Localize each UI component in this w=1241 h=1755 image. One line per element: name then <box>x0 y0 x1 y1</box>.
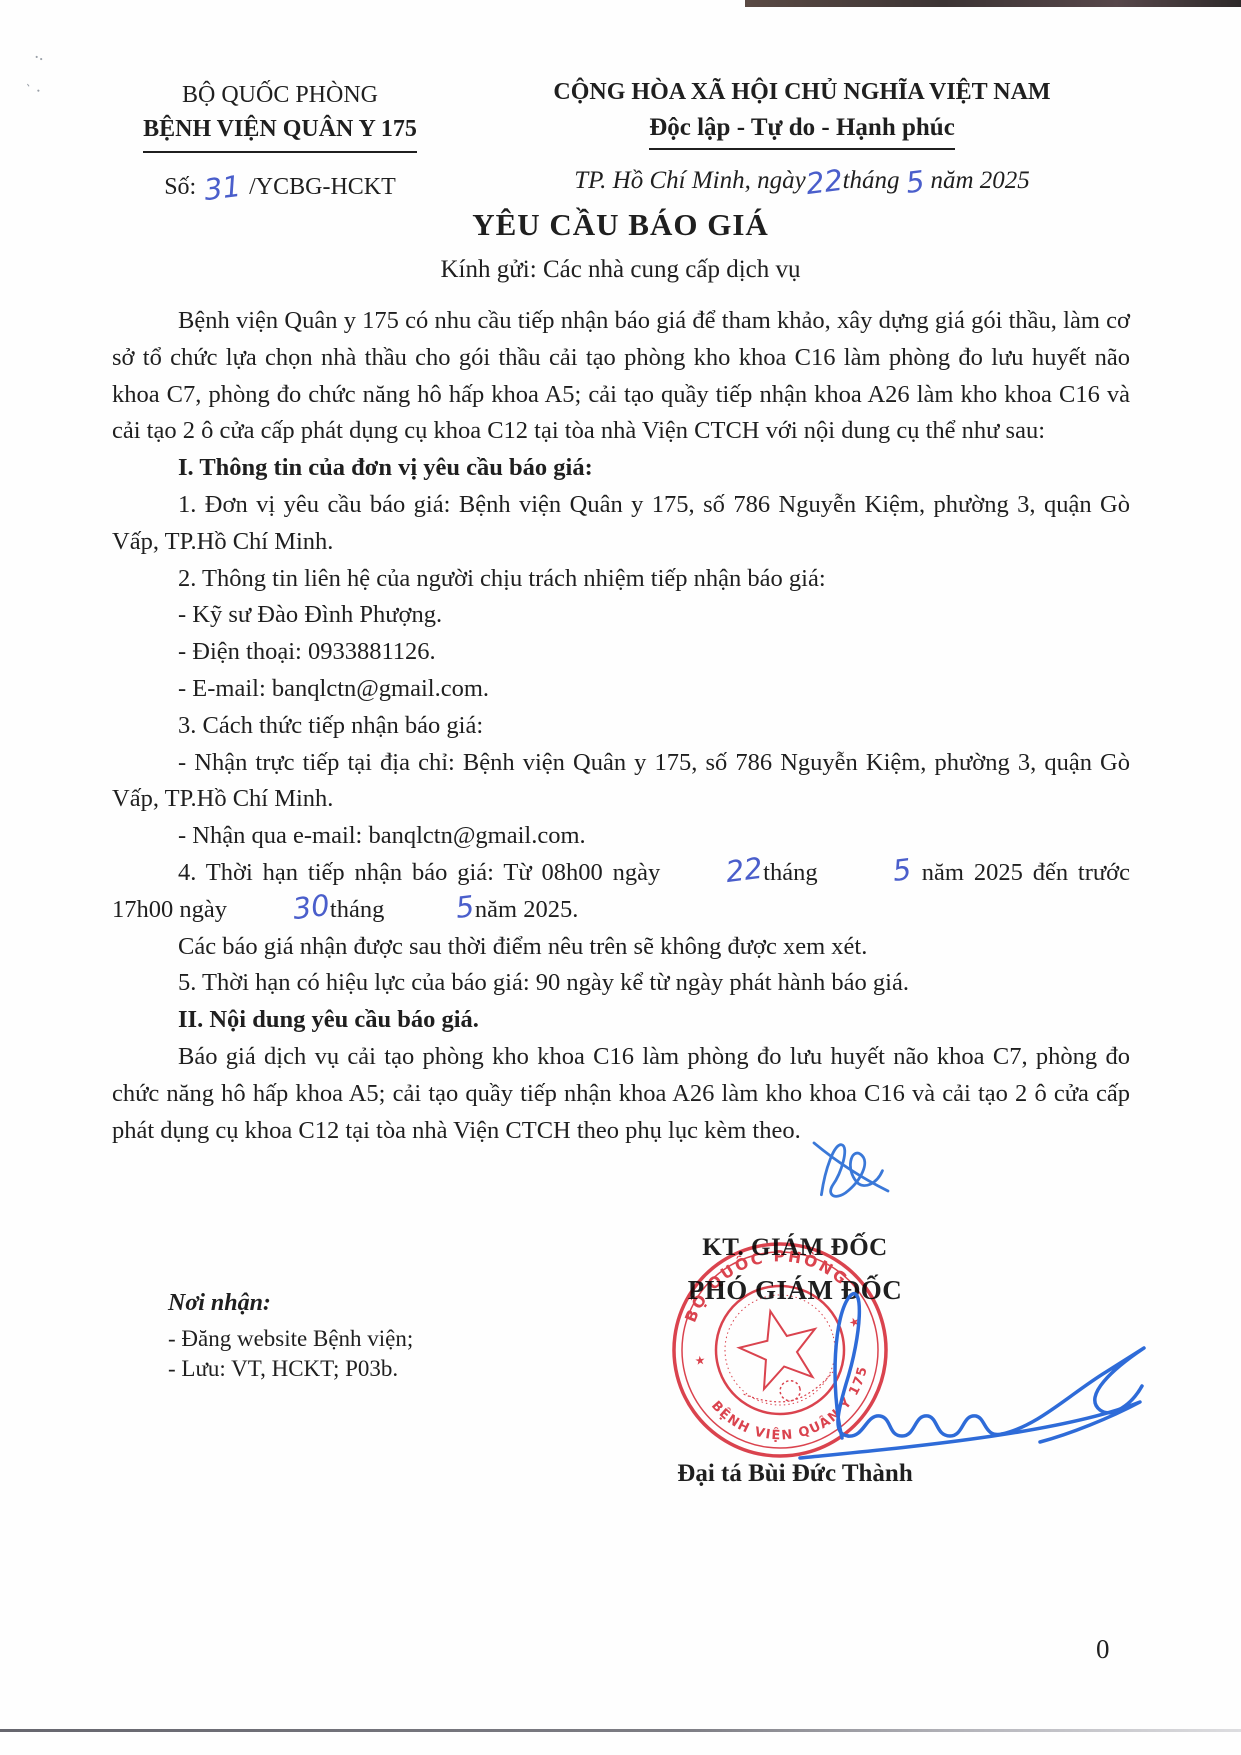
handwritten-month: 5 <box>906 181 924 183</box>
handwritten-initial-mark <box>803 1130 899 1204</box>
contact-phone: - Điện thoại: 0933881126. <box>112 634 1130 671</box>
deadline-text: 4. Thời hạn tiếp nhận báo giá: Từ 08h00 … <box>178 859 660 886</box>
handwritten-end-day: 30 <box>227 904 329 917</box>
receive-direct: - Nhận trực tiếp tại địa chỉ: Bệnh viện … <box>112 745 1130 819</box>
document-number-line: Số: 31 /YCBG-HCKT <box>120 170 440 204</box>
item-1: 1. Đơn vị yêu cầu báo giá: Bệnh viện Quâ… <box>112 487 1130 561</box>
final-paragraph-text: Báo giá dịch vụ cải tạo phòng kho khoa C… <box>112 1043 1130 1144</box>
section-1-heading: I. Thông tin của đơn vị yêu cầu báo giá: <box>112 450 1130 487</box>
deadline-text: tháng <box>763 859 817 886</box>
item-5-validity: 5. Thời hạn có hiệu lực của báo giá: 90 … <box>112 965 1130 1002</box>
place-date-line: TP. Hồ Chí Minh, ngày22tháng 5 năm 2025 <box>462 164 1142 197</box>
scanner-edge-top <box>745 0 1241 7</box>
final-paragraph: Báo giá dịch vụ cải tạo phòng kho khoa C… <box>112 1039 1130 1184</box>
late-quotes-note: Các báo giá nhận được sau thời điểm nêu … <box>112 929 1130 966</box>
pencil-mark: ˈ. <box>23 77 44 100</box>
handwritten-start-day: 22 <box>661 868 763 881</box>
item-4-deadline: 4. Thời hạn tiếp nhận báo giá: Từ 08h00 … <box>112 855 1130 929</box>
place-date-mid: tháng <box>843 167 900 194</box>
national-motto: Độc lập - Tự do - Hạnh phúc <box>649 111 955 150</box>
recipients-heading: Nơi nhận: <box>168 1288 413 1318</box>
item-2: 2. Thông tin liên hệ của người chịu trác… <box>112 561 1130 598</box>
recipient-item: - Lưu: VT, HCKT; P03b. <box>168 1354 413 1384</box>
salutation: Kính gửi: Các nhà cung cấp dịch vụ <box>0 256 1241 284</box>
deadline-text: năm 2025. <box>475 896 578 923</box>
handwritten-signature <box>770 1276 1155 1471</box>
page-number: 0 <box>1096 1634 1110 1665</box>
svg-text:★: ★ <box>694 1353 709 1368</box>
recipients-block: Nơi nhận: - Đăng website Bệnh viện; - Lư… <box>168 1288 413 1384</box>
scanner-edge-bottom <box>0 1729 1241 1732</box>
place-date-post: năm 2025 <box>931 167 1030 194</box>
document-page: ·· ˈ. BỘ QUỐC PHÒNG BỆNH VIỆN QUÂN Y 175… <box>0 0 1241 1755</box>
handwritten-day: 22 <box>806 180 843 184</box>
section-2-heading: II. Nội dung yêu cầu báo giá. <box>112 1002 1130 1039</box>
header-national: CỘNG HÒA XÃ HỘI CHỦ NGHĨA VIỆT NAM Độc l… <box>462 76 1142 197</box>
document-number-handwritten: 31 <box>204 186 241 190</box>
signer-name: Đại tá Bùi Đức Thành <box>560 1460 1030 1488</box>
place-date-pre: TP. Hồ Chí Minh, ngày <box>574 167 806 194</box>
intro-paragraph: Bệnh viện Quân y 175 có nhu cầu tiếp nhậ… <box>112 303 1130 450</box>
document-number-suffix: /YCBG-HCKT <box>249 174 396 200</box>
document-title: YÊU CẦU BÁO GIÁ <box>0 207 1241 243</box>
recipient-item: - Đăng website Bệnh viện; <box>168 1324 413 1354</box>
item-3: 3. Cách thức tiếp nhận báo giá: <box>112 708 1130 745</box>
contact-name: - Kỹ sư Đào Đình Phượng. <box>112 597 1130 634</box>
contact-email: - E-mail: banqlctn@gmail.com. <box>112 671 1130 708</box>
organization-name: BỆNH VIỆN QUÂN Y 175 <box>143 112 417 153</box>
ministry-name: BỘ QUỐC PHÒNG <box>120 78 440 112</box>
receive-email: - Nhận qua e-mail: banqlctn@gmail.com. <box>112 818 1130 855</box>
pencil-mark: ·· <box>30 47 48 70</box>
handwritten-end-month: 5 <box>391 906 475 916</box>
handwritten-start-month: 5 <box>828 869 912 879</box>
document-body: Bệnh viện Quân y 175 có nhu cầu tiếp nhậ… <box>112 303 1130 1184</box>
header-issuing-org: BỘ QUỐC PHÒNG BỆNH VIỆN QUÂN Y 175 Số: 3… <box>120 78 440 204</box>
national-title: CỘNG HÒA XÃ HỘI CHỦ NGHĨA VIỆT NAM <box>462 76 1142 109</box>
document-number-label: Số: <box>164 174 196 200</box>
deadline-text: tháng <box>330 896 384 923</box>
